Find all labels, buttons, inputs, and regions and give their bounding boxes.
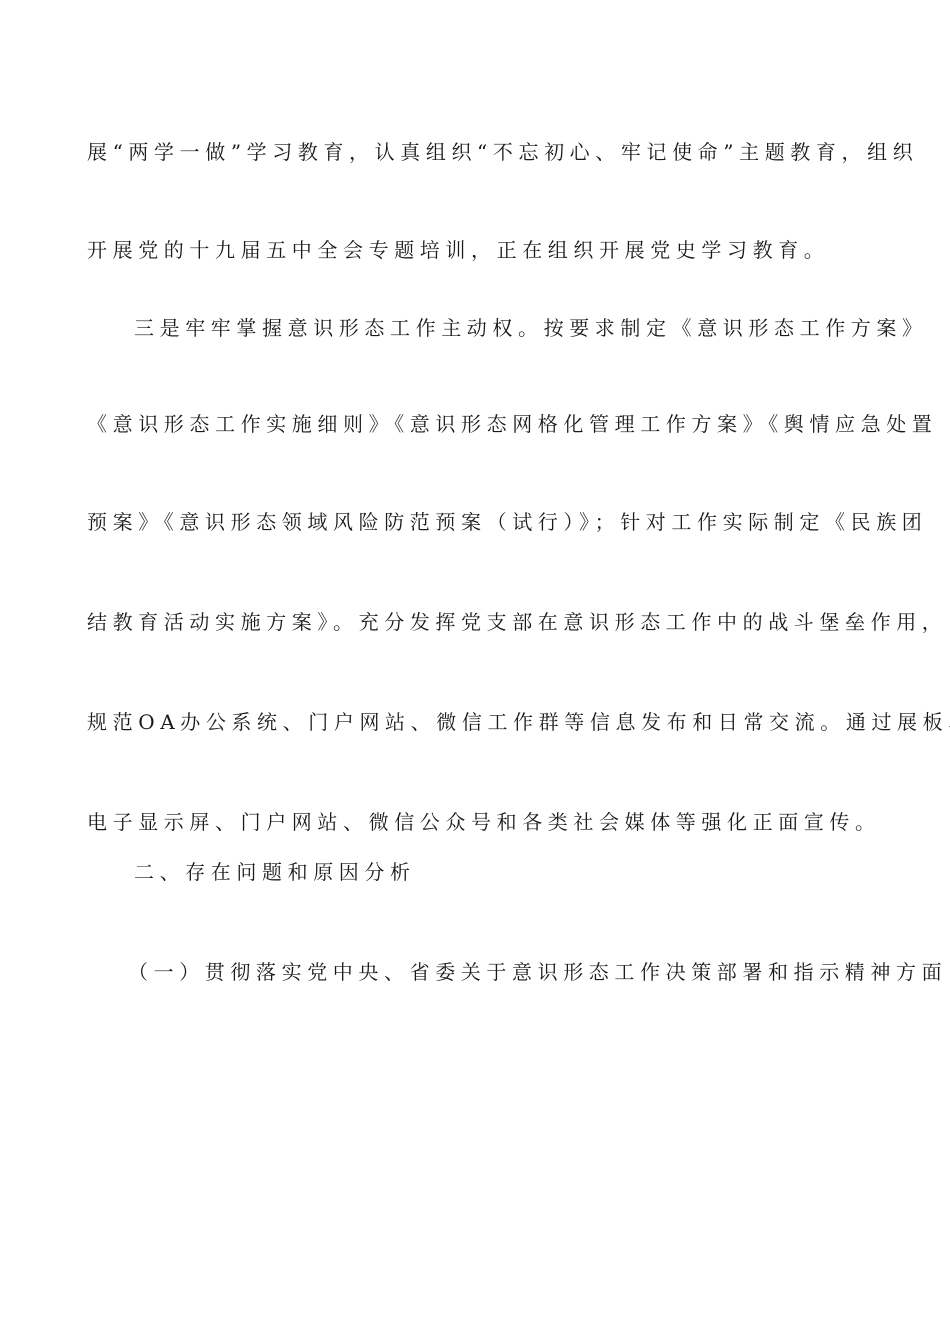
paragraph-line: 电子显示屏、门户网站、微信公众号和各类社会媒体等强化正面宣传。 [87, 810, 877, 834]
paragraph-line: 《意识形态工作实施细则》《意识形态网格化管理工作方案》《舆情应急处置 [87, 412, 877, 436]
paragraph-line: 预案》《意识形态领域风险防范预案（试行）》；针对工作实际制定《民族团 [87, 510, 877, 534]
subsection-heading: （一）贯彻落实党中央、省委关于意识形态工作决策部署和指示精神方面 [128, 960, 918, 984]
paragraph-line: 开展党的十九届五中全会专题培训，正在组织开展党史学习教育。 [87, 238, 877, 262]
paragraph-line: 展“两学一做”学习教育，认真组织“不忘初心、牢记使命”主题教育，组织 [87, 140, 877, 164]
paragraph-line: 三是牢牢掌握意识形态工作主动权。按要求制定《意识形态工作方案》 [134, 316, 924, 340]
paragraph-line: 规范OA办公系统、门户网站、微信工作群等信息发布和日常交流。通过展板、 [87, 710, 877, 734]
section-heading: 二、存在问题和原因分析 [134, 860, 924, 884]
document-page: 展“两学一做”学习教育，认真组织“不忘初心、牢记使命”主题教育，组织 开展党的十… [0, 0, 950, 1344]
paragraph-line: 结教育活动实施方案》。充分发挥党支部在意识形态工作中的战斗堡垒作用， [87, 610, 877, 634]
